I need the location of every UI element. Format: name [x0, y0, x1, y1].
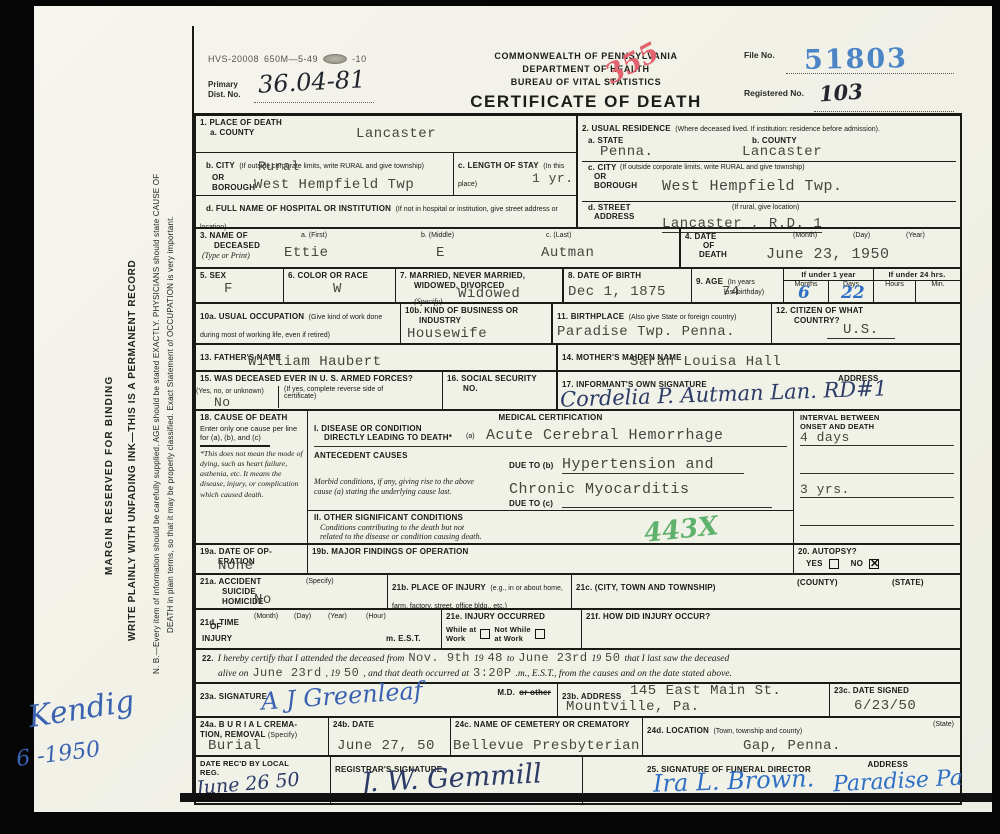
field-21e-label: 21e. INJURY OCCURRED [446, 612, 577, 622]
field-10b-label: 10b. KIND OF BUSINESS OR [405, 306, 547, 316]
field-1d-hospital: d. FULL NAME OF HOSPITAL OR INSTITUTION … [196, 196, 576, 227]
field-15-armed-forces: 15. WAS DECEASED EVER IN U. S. ARMED FOR… [196, 372, 443, 409]
field-21b-label: 21b. PLACE OF INJURY [392, 583, 486, 592]
field-7-marital: 7. MARRIED, NEVER MARRIED, WIDOWED, DIVO… [396, 269, 564, 302]
field-2-usual-residence: 2. USUAL RESIDENCE (Where deceased lived… [578, 116, 960, 227]
registered-no-value: 103 [818, 79, 863, 107]
row-certify: 22. I hereby certify that I attended the… [196, 650, 960, 684]
file-no-label: File No. [744, 50, 775, 60]
bottom-scan-bar [180, 793, 992, 802]
field-6-value: W [333, 281, 391, 297]
field-21a-label: 21a. ACCIDENT [200, 577, 383, 587]
department-line: DEPARTMENT OF HEALTH [446, 63, 726, 76]
field-3b-value: E [436, 245, 445, 261]
registered-no-rule [814, 111, 954, 112]
attended-from-year: 48 [487, 651, 502, 665]
commonwealth-line: COMMONWEALTH OF PENNSYLVANIA [446, 50, 726, 63]
last-seen-alive-year: 50 [344, 666, 359, 680]
field-24b-label: 24b. DATE [333, 720, 446, 730]
field-10b-industry: 10b. KIND OF BUSINESS OR INDUSTRY Housew… [401, 304, 553, 343]
field-13-value: William Haubert [248, 354, 382, 370]
age-months-value: 6 [798, 283, 810, 303]
field-23c-date-signed: 23c. DATE SIGNED 6/23/50 [830, 684, 960, 716]
field-7-label: 7. MARRIED, NEVER MARRIED, [400, 271, 558, 281]
field-24d-label: 24d. LOCATION [647, 726, 709, 735]
row-parents: 13. FATHER'S NAME William Haubert 14. MO… [196, 345, 960, 372]
field-1d-label: d. FULL NAME OF HOSPITAL OR INSTITUTION [206, 204, 391, 213]
dist-no-rule [254, 102, 374, 103]
last-seen-alive-value: June 23rd [252, 666, 321, 680]
cause-b2-value: Chronic Myocarditis [509, 481, 690, 498]
field-1a-value: Lancaster [356, 126, 436, 142]
form-number-part2: 650M—5-49 [264, 54, 318, 64]
field-7-value: Widowed [458, 286, 520, 302]
form-number: HVS-20008 650M—5-49 -10 [208, 54, 367, 64]
field-23b-address: 23b. ADDRESS 145 East Main St. Mountvill… [558, 684, 830, 716]
field-2-hint: (Where deceased lived. If institution: r… [675, 126, 880, 133]
primary-dist-value: 36.04-81 [257, 65, 366, 99]
field-11-birthplace: 11. BIRTHPLACE (Also give State or forei… [553, 304, 772, 343]
field-21a-value: No [254, 592, 272, 608]
field-19b-label: 19b. MAJOR FINDINGS OF OPERATION [312, 547, 789, 557]
physician-address-2: Mountville, Pa. [566, 699, 700, 715]
row-place-residence: 1. PLACE OF DEATH a. COUNTY Lancaster b.… [196, 116, 960, 229]
form-number-part1: HVS-20008 [208, 54, 259, 64]
field-6-color-race: 6. COLOR OR RACE W [284, 269, 396, 302]
attended-to-year: 50 [605, 651, 620, 665]
medical-certification-title: MEDICAL CERTIFICATION [314, 413, 787, 423]
date-signed-value: 6/23/50 [854, 698, 956, 714]
file-no-row: File No. 51803 [744, 50, 954, 80]
margin-nb-note-line1: N. B.—Every item of information should b… [152, 48, 161, 800]
field-2b-value: Lancaster [742, 144, 822, 160]
field-21a-accident: 21a. ACCIDENT SUICIDE HOMICIDE (Specify)… [196, 575, 388, 608]
field-24c-cemetery: 24c. NAME OF CEMETERY OR CREMATORY Belle… [451, 718, 643, 755]
margin-binding-text: MARGIN RESERVED FOR BINDING [104, 240, 115, 710]
field-23a-label: 23a. SIGNATURE [200, 692, 267, 701]
field-19a-value: None [218, 558, 254, 574]
field-23a-signature: 23a. SIGNATURE A J Greenleaf M.D. or oth… [196, 684, 558, 716]
field-2ab: a. STATE b. COUNTY Penna. Lancaster [582, 136, 956, 162]
field-2a-value: Penna. [600, 144, 653, 160]
cause-a-value: Acute Cerebral Hemorrhage [486, 427, 724, 444]
interval-a-value: 4 days [800, 430, 954, 446]
morbid-hint: Morbid conditions, if any, giving rise t… [314, 477, 474, 498]
field-21f-how: 21f. HOW DID INJURY OCCUR? [582, 610, 960, 648]
while-at-work-checkbox [480, 629, 490, 639]
cause-code-annotation: 443X [643, 511, 720, 549]
field-24d-location: 24d. LOCATION (Town, township and county… [643, 718, 960, 755]
field-9-label: 9. AGE [696, 277, 723, 286]
field-24a-burial: 24a. B U R I A L CREMA- TION, REMOVAL (S… [196, 718, 329, 755]
attended-from-value: Nov. 9th [408, 651, 470, 665]
row-time-of-injury: 21d. TIME (Month) (Day) (Year) (Hour) OF… [196, 610, 960, 650]
field-18-interval: INTERVAL BETWEEN ONSET AND DEATH 4 days … [794, 411, 960, 543]
field-24a-label: 24a. B U R I A L CREMA- [200, 720, 324, 730]
field-2d-hint: (If rural, give location) [732, 204, 799, 211]
field-1-place-of-death: 1. PLACE OF DEATH a. COUNTY Lancaster b.… [196, 116, 578, 227]
field-21f-label: 21f. HOW DID INJURY OCCUR? [586, 612, 956, 622]
field-1c-length-of-stay: c. LENGTH OF STAY (In this place) 1 yr. [454, 153, 576, 195]
field-16-label: 16. SOCIAL SECURITY [447, 374, 552, 384]
field-20-label: 20. AUTOPSY? [798, 547, 956, 557]
field-17-informant: 17. INFORMANT'S OWN SIGNATURE ADDRESS Co… [558, 372, 960, 409]
field-21c-location: 21c. (CITY, TOWN AND TOWNSHIP) (COUNTY) … [572, 575, 960, 608]
field-9-under-1-year: If under 1 year Months 6 Days 22 [784, 269, 874, 302]
field-19b-findings: 19b. MAJOR FINDINGS OF OPERATION [308, 545, 794, 573]
file-number-block: File No. 51803 Registered No. 103 [744, 50, 954, 118]
row-sex-race-birth-age: 5. SEX F 6. COLOR OR RACE W 7. MARRIED, … [196, 269, 960, 304]
field-24b-value: June 27, 50 [337, 738, 435, 754]
field-9-value: 74 [722, 284, 740, 300]
registered-no-label: Registered No. [744, 88, 804, 98]
field-2c-hint: (If outside corporate limits, write RURA… [620, 164, 805, 171]
field-21e-injury-occurred: 21e. INJURY OCCURRED While atWork Not Wh… [442, 610, 582, 648]
field-18-side-notes: 18. CAUSE OF DEATH Enter only one cause … [196, 411, 308, 543]
field-1c-label: c. LENGTH OF STAY [458, 161, 539, 170]
row-armedforces-ssn-informant: 15. WAS DECEASED EVER IN U. S. ARMED FOR… [196, 372, 960, 411]
autopsy-no-checkbox: ✕ [869, 559, 879, 569]
field-2c-value: West Hempfield Twp. [662, 178, 843, 195]
row-name-dateofdeath: 3. NAME OF DECEASED (Type or Print) a. (… [196, 229, 960, 269]
field-6-label: 6. COLOR OR RACE [288, 271, 391, 281]
row-burial: 24a. B U R I A L CREMA- TION, REMOVAL (S… [196, 718, 960, 757]
field-8-date-of-birth: 8. DATE OF BIRTH Dec 1, 1875 [564, 269, 692, 302]
field-3c-label: c. (Last) [546, 232, 571, 239]
field-1c-value: 1 yr. [532, 171, 574, 186]
field-1b-1c: b. CITY (If outside corporate limits, wr… [196, 153, 576, 196]
field-10b-value: Housewife [407, 326, 487, 342]
field-12-value: U.S. [827, 322, 895, 339]
field-3c-value: Autman [541, 245, 594, 261]
field-19a-operation-date: 19a. DATE OF OP- ERATION None [196, 545, 308, 573]
field-1b-label: b. CITY [206, 161, 235, 170]
field-24b-date: 24b. DATE June 27, 50 [329, 718, 451, 755]
field-5-label: 5. SEX [200, 271, 279, 281]
field-1a-county: 1. PLACE OF DEATH a. COUNTY Lancaster [196, 116, 576, 153]
certify-text-1: I hereby certify that I attended the dec… [218, 654, 405, 664]
field-14-value: Sarah Louisa Hall [630, 354, 781, 370]
antecedent-label: ANTECEDENT CAUSES [314, 451, 408, 461]
file-no-rule [786, 73, 954, 74]
age-days-value: 22 [841, 283, 865, 303]
field-14-mother: 14. MOTHER'S MAIDEN NAME Sarah Louisa Ha… [558, 345, 960, 370]
field-13-father: 13. FATHER'S NAME William Haubert [196, 345, 558, 370]
bureau-line: BUREAU OF VITAL STATISTICS [446, 76, 726, 89]
autopsy-yes-checkbox [829, 559, 839, 569]
death-certificate-scan: MARGIN RESERVED FOR BINDING WRITE PLAINL… [0, 0, 1000, 834]
field-4-date-of-death: 4. DATE OF DEATH (Month) (Day) (Year) Ju… [681, 229, 960, 267]
margin-nb-note-line2: DEATH in plain terms, so that it may be … [166, 48, 175, 800]
field-21d-time: 21d. TIME (Month) (Day) (Year) (Hour) OF… [196, 610, 442, 648]
field-24c-value: Bellevue Presbyterian [453, 738, 640, 754]
field-2-label: 2. USUAL RESIDENCE [582, 124, 671, 133]
field-5-sex: 5. SEX F [196, 269, 284, 302]
field-15-value: No [214, 395, 231, 410]
field-24c-label: 24c. NAME OF CEMETERY OR CREMATORY [455, 720, 638, 730]
field-1b-city: b. CITY (If outside corporate limits, wr… [196, 153, 454, 195]
field-23c-label: 23c. DATE SIGNED [834, 686, 956, 696]
field-12-label: 12. CITIZEN OF WHAT [776, 306, 956, 316]
attended-to-value: June 23rd [518, 651, 587, 665]
cause-b-value: Hypertension and [562, 456, 744, 474]
certificate-header: HVS-20008 650M—5-49 -10 Primary Dist. No… [196, 40, 962, 113]
certificate-form: 1. PLACE OF DEATH a. COUNTY Lancaster b.… [194, 113, 962, 805]
primary-dist-label: Primary Dist. No. [208, 80, 240, 101]
row-occupation-birthplace: 10a. USUAL OCCUPATION (Give kind of work… [196, 304, 960, 345]
row-accident: 21a. ACCIDENT SUICIDE HOMICIDE (Specify)… [196, 575, 960, 610]
physician-address-1: 145 East Main St. [630, 683, 781, 699]
row-physician: 23a. SIGNATURE A J Greenleaf M.D. or oth… [196, 684, 960, 718]
field-3a-value: Ettie [284, 245, 329, 261]
field-18-medical-certification: MEDICAL CERTIFICATION I. DISEASE OR COND… [308, 411, 794, 543]
death-time-value: 3:20P [473, 666, 512, 680]
field-3b-label: b. (Middle) [421, 232, 454, 239]
field-2c: c. CITY (If outside corporate limits, wr… [582, 162, 956, 202]
field-16-ssn: 16. SOCIAL SECURITY NO. [443, 372, 558, 409]
field-15-label: 15. WAS DECEASED EVER IN U. S. ARMED FOR… [200, 374, 438, 384]
field-12-citizenship: 12. CITIZEN OF WHAT COUNTRY? U.S. [772, 304, 960, 343]
field-8-label: 8. DATE OF BIRTH [568, 271, 687, 281]
field-1b-value-township: West Hempfield Twp [254, 177, 414, 193]
form-number-part3: -10 [352, 54, 367, 64]
field-24d-value: Gap, Penna. [743, 738, 841, 754]
certificate-title: CERTIFICATE OF DEATH [446, 92, 726, 112]
row-operation-autopsy: 19a. DATE OF OP- ERATION None 19b. MAJOR… [196, 545, 960, 575]
field-18-label: 18. CAUSE OF DEATH [200, 413, 303, 423]
interval-b-value: 3 yrs. [800, 474, 954, 498]
field-1b-value-rural: Rural [258, 159, 300, 174]
field-5-value: F [224, 281, 279, 297]
date-recd-label: DATE REC'D BY LOCAL [200, 759, 326, 768]
field-10a-occupation: 10a. USUAL OCCUPATION (Give kind of work… [196, 304, 401, 343]
field-11-label: 11. BIRTHPLACE [557, 312, 624, 321]
field-9-age: 9. AGE (In years last birthday) 74 [692, 269, 784, 302]
field-9-under-24-hrs: If under 24 hrs. Hours Min. [874, 269, 960, 302]
field-3a-label: a. (First) [301, 232, 327, 239]
printers-seal-icon [323, 54, 347, 64]
autopsy-no-checkmark: ✕ [870, 557, 879, 570]
field-20-autopsy: 20. AUTOPSY? YES NO ✕ [794, 545, 960, 573]
field-3-name-of-deceased: 3. NAME OF DECEASED (Type or Print) a. (… [196, 229, 681, 267]
field-18-note1: Enter only one cause per line for (a), (… [200, 424, 303, 442]
row-cause-of-death: 18. CAUSE OF DEATH Enter only one cause … [196, 411, 960, 545]
field-18-note2: *This does not mean the mode of dying, s… [200, 449, 303, 500]
field-24a-value: Burial [208, 738, 261, 754]
field-4-value: June 23, 1950 [766, 246, 890, 263]
field-11-value: Paradise Twp. Penna. [557, 324, 735, 340]
header-org-block: COMMONWEALTH OF PENNSYLVANIA DEPARTMENT … [446, 50, 726, 112]
field-19a-label: 19a. DATE OF OP- [200, 547, 303, 557]
file-no-stamp: 51803 [804, 43, 908, 76]
not-while-at-work-checkbox [535, 629, 545, 639]
field-21b-place-of-injury: 21b. PLACE OF INJURY (e.g., in or about … [388, 575, 572, 608]
field-11-hint: (Also give State or foreign country) [629, 314, 737, 321]
or-other-struck: or other [519, 688, 551, 698]
field-10a-label: 10a. USUAL OCCUPATION [200, 312, 304, 321]
field-8-value: Dec 1, 1875 [568, 284, 687, 300]
field-21c-label: 21c. (CITY, TOWN AND TOWNSHIP) [576, 583, 716, 592]
